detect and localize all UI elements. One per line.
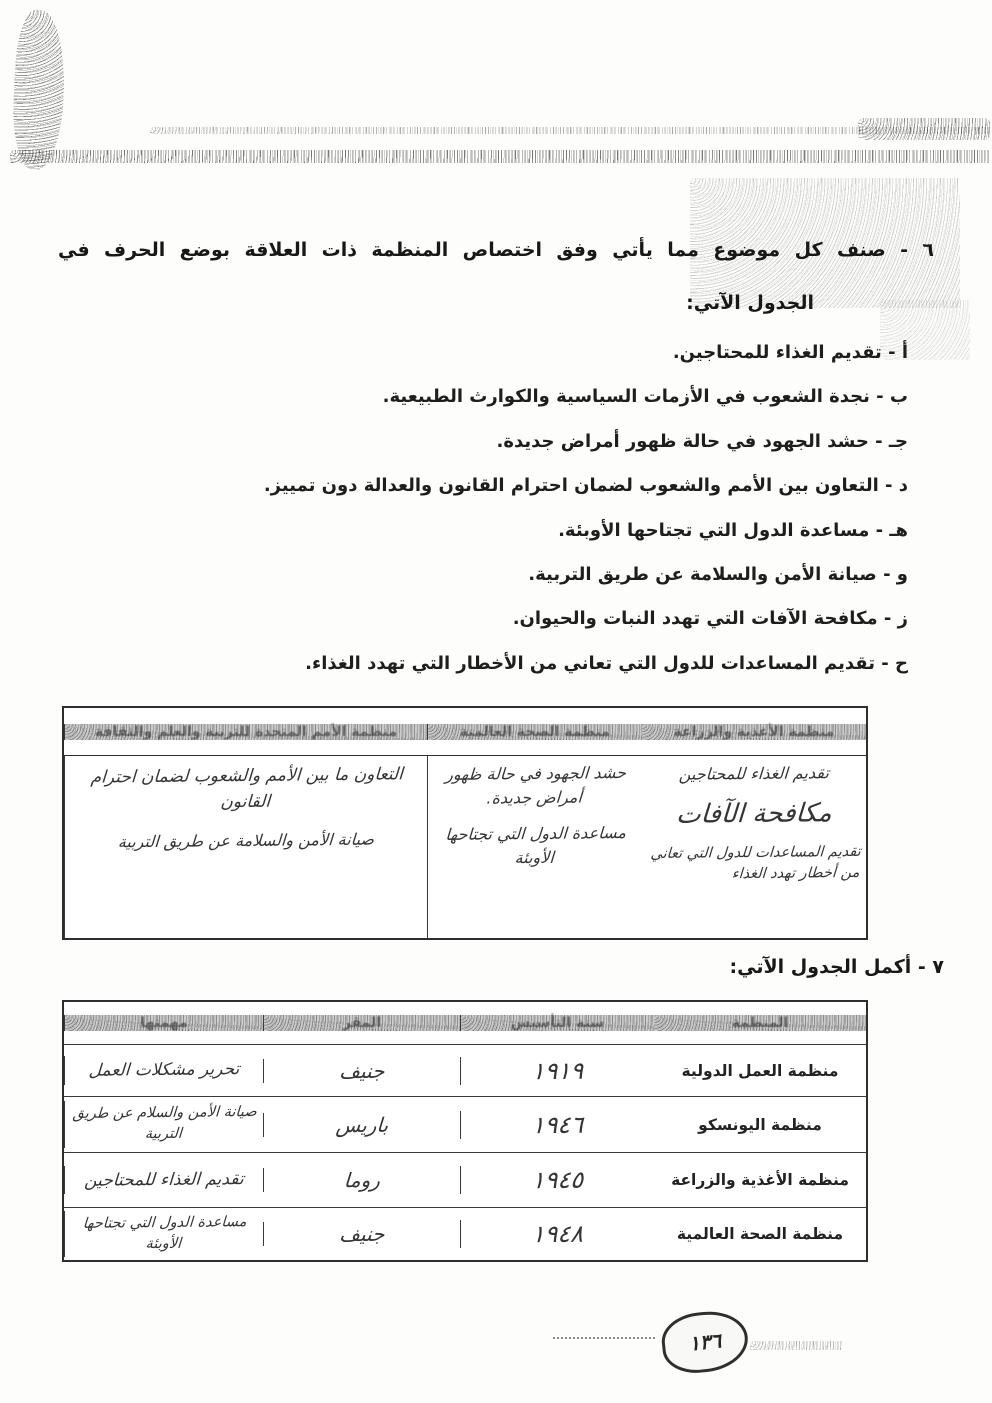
question6-heading-line2: الجدول الآتي: (686, 292, 814, 314)
question6-heading-line1: ٦ - صنف كل موضوع مما يأتي وفق اختصاص الم… (58, 239, 934, 261)
handwritten-mission: مساعدة الدول التي تجتاحها الأوبئة (64, 1210, 265, 1258)
table-row-unesco: منظمة اليونسكو ١٩٤٦ باريس صيانة الأمن وا… (64, 1096, 866, 1152)
header-cell-unesco: منظمة الأمم المتحدة للتربية والعلم والثق… (64, 724, 427, 740)
table-row-fao: منظمة الأغذية والزراعة ١٩٤٥ روما تقديم ا… (64, 1152, 866, 1207)
header-label-unesco: منظمة الأمم المتحدة للتربية والعلم والثق… (65, 724, 427, 740)
scanned-textbook-page: { "document": { "language": "ar", "page_… (0, 0, 992, 1403)
handwritten-headquarters: جنيف (263, 1057, 461, 1083)
handwritten-who-entry-2: مساعدة الدول التي تجتاحها الأوبئة (435, 821, 636, 871)
page-number: ١٣٦ (688, 1328, 723, 1355)
question6-item-z: ز - مكافحة الآفات التي تهدد النبات والحي… (40, 608, 908, 629)
question6-item-j: جـ - حشد الجهود في حالة ظهور أمراض جديدة… (40, 431, 908, 452)
question6-item-h: هـ - مساعدة الدول التي تجتاحها الأوبئة. (40, 520, 908, 541)
answer-cell-unesco: التعاون ما بين الأمم والشعوب لضمان احترا… (64, 756, 427, 938)
org-name: منظمة الأغذية والزراعة (654, 1171, 866, 1189)
handwritten-year: ١٩١٩ (460, 1055, 655, 1085)
header-label-who: منظمة الصحة العالمية (428, 724, 642, 740)
handwritten-who-entry-1: حشد الجهود في حالة ظهور أمراض جديدة. (435, 761, 636, 811)
handwritten-mission: تقديم الغذاء للمحتاجين (64, 1165, 264, 1196)
header-label-headquarters: المقر (264, 1015, 460, 1031)
question6-item-hh: ح - تقديم المساعدات للدول التي تعاني من … (40, 653, 908, 674)
handwritten-headquarters: باريس (263, 1111, 461, 1137)
header-cell-founding-year: سنة التأسيس (460, 1015, 654, 1031)
handwritten-headquarters: جنيف (263, 1221, 461, 1247)
classification-table-body-row: تقديم الغذاء للمحتاجين مكافحة الآفات تقد… (64, 755, 866, 938)
handwritten-mission: صيانة الأمن والسلام عن طريق التربية (64, 1100, 265, 1148)
header-cell-mission: مهمتها (64, 1015, 263, 1031)
handwritten-unesco-entry-2: صيانة الأمن والسلامة عن طريق التربية (74, 829, 417, 852)
question6-item-a: أ - تقديم الغذاء للمحتاجين. (40, 342, 908, 363)
scan-smudge-left (10, 9, 68, 171)
header-cell-headquarters: المقر (263, 1015, 460, 1031)
header-label-fao: منظمة الأغذية والزراعة (642, 724, 866, 740)
handwritten-year: ١٩٤٦ (460, 1109, 655, 1139)
classification-table: منظمة الأغذية والزراعة منظمة الصحة العال… (62, 706, 868, 940)
page-number-badge: ١٣٦ (659, 1308, 751, 1377)
organizations-table: المنظمة سنة التأسيس المقر مهمتها منظمة ا… (62, 1000, 868, 1262)
handwritten-headquarters: روما (263, 1167, 461, 1193)
handwritten-fao-entry-2: مكافحة الآفات (647, 798, 861, 830)
scan-streak-1-blob (858, 118, 990, 140)
handwritten-year: ١٩٤٨ (460, 1219, 655, 1249)
question6-items-list: أ - تقديم الغذاء للمحتاجين. ب - نجدة الش… (40, 342, 908, 697)
page-footer-noise (750, 1341, 842, 1350)
org-name: منظمة اليونسكو (654, 1116, 866, 1134)
question6-item-d: د - التعاون بين الأمم والشعوب لضمان احتر… (40, 475, 908, 496)
scan-streak-2 (10, 150, 990, 163)
org-name: منظمة الصحة العالمية (654, 1225, 866, 1243)
handwritten-mission: تحرير مشكلات العمل (64, 1055, 264, 1086)
page-footer-dots (553, 1337, 655, 1339)
classification-table-header-row: منظمة الأغذية والزراعة منظمة الصحة العال… (64, 708, 866, 755)
table-row-ilo: منظمة العمل الدولية ١٩١٩ جنيف تحرير مشكل… (64, 1044, 866, 1096)
header-cell-who: منظمة الصحة العالمية (427, 724, 642, 740)
question6-item-w: و - صيانة الأمن والسلامة عن طريق التربية… (40, 564, 908, 585)
org-name: منظمة العمل الدولية (654, 1062, 866, 1080)
header-label-founding-year: سنة التأسيس (461, 1015, 654, 1031)
header-label-organization: المنظمة (654, 1015, 866, 1031)
handwritten-unesco-entry-1: التعاون ما بين الأمم والشعوب لضمان احترا… (77, 762, 414, 816)
organizations-table-header-row: المنظمة سنة التأسيس المقر مهمتها (64, 1002, 866, 1044)
header-cell-fao: منظمة الأغذية والزراعة (642, 724, 866, 740)
handwritten-year: ١٩٤٥ (460, 1165, 655, 1195)
header-label-mission: مهمتها (65, 1015, 263, 1031)
handwritten-fao-entry-3: تقديم المساعدات للدول التي تعاني من أخطا… (647, 842, 862, 886)
table-row-who: منظمة الصحة العالمية ١٩٤٨ جنيف مساعدة ال… (64, 1207, 866, 1260)
question6-item-b: ب - نجدة الشعوب في الأزمات السياسية والك… (40, 386, 908, 407)
answer-cell-fao: تقديم الغذاء للمحتاجين مكافحة الآفات تقد… (642, 756, 866, 938)
question7-heading: ٧ - أكمل الجدول الآتي: (730, 956, 944, 978)
answer-cell-who: حشد الجهود في حالة ظهور أمراض جديدة. مسا… (427, 756, 642, 938)
handwritten-fao-entry-1: تقديم الغذاء للمحتاجين (651, 763, 856, 784)
header-cell-organization: المنظمة (654, 1015, 866, 1031)
